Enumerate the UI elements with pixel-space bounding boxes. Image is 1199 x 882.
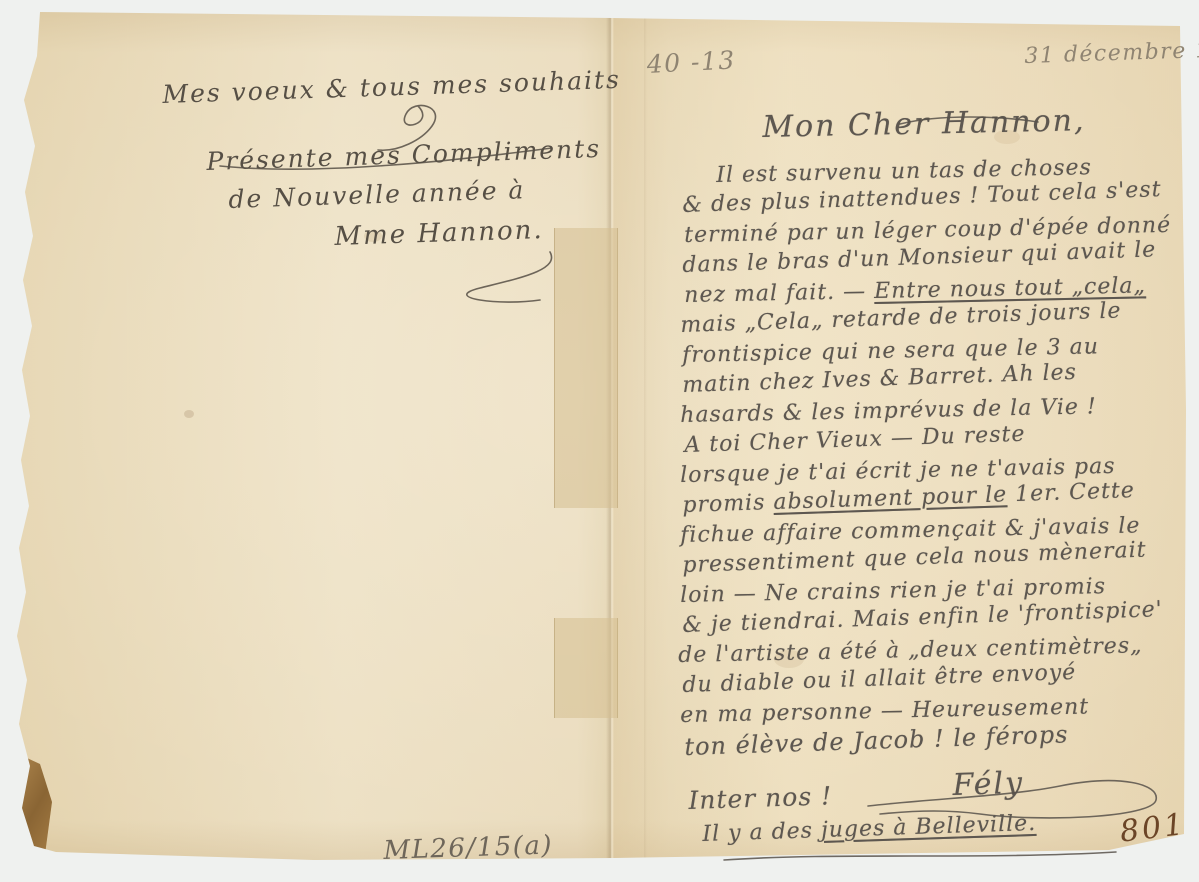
compliments-flourish <box>400 248 570 318</box>
shelfmark-annotation: ML26/15(a) <box>383 830 554 866</box>
salutation-flourish <box>900 112 1040 128</box>
paper-stain <box>184 410 194 418</box>
postscript-line-1: Inter nos ! <box>688 781 833 815</box>
secondary-crease <box>644 10 647 862</box>
postscript-underline <box>720 850 1120 864</box>
tape-strip-lower <box>554 618 618 718</box>
torn-corner-patch <box>14 742 54 862</box>
archive-number-annotation: 40 -13 <box>646 45 736 79</box>
folio-number: 801 <box>1118 807 1188 850</box>
letter-scan-canvas: 40 -13 31 décembre 1876 Mes voeux & tous… <box>0 0 1199 882</box>
